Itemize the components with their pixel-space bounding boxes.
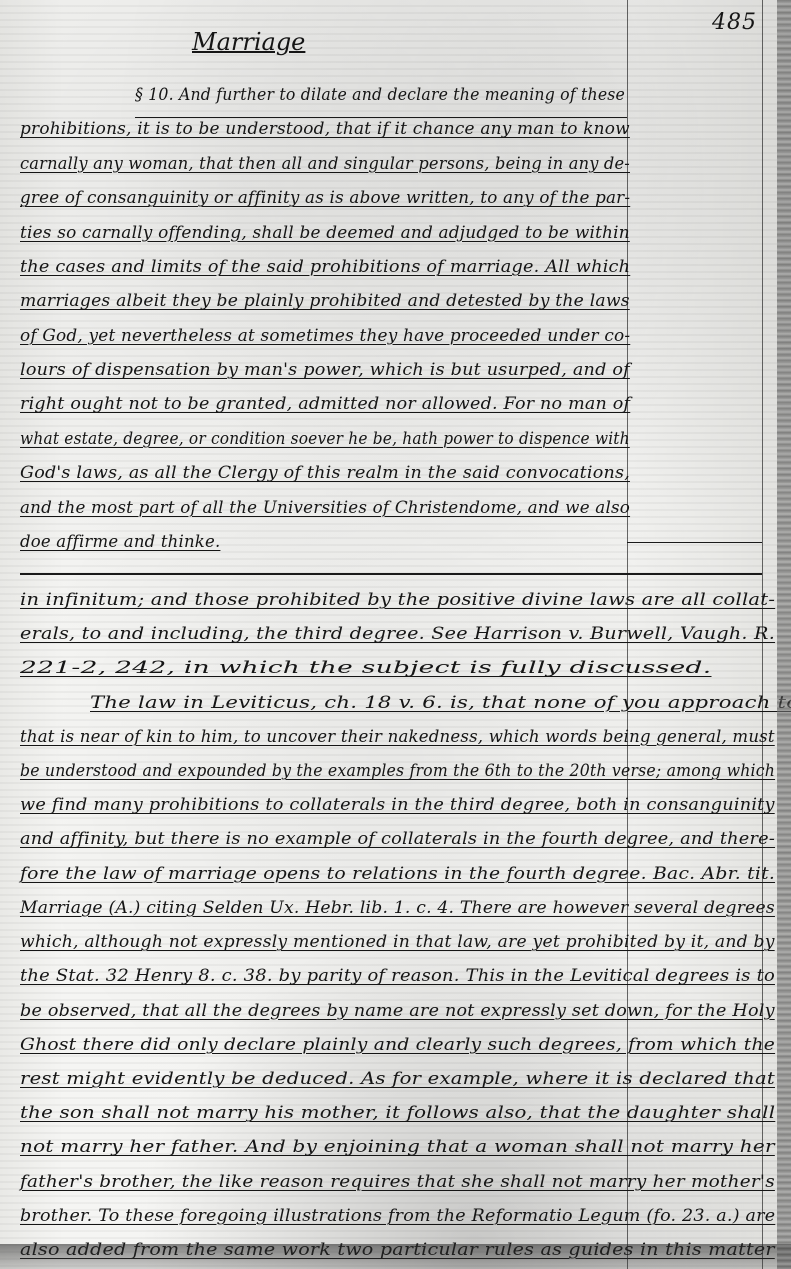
text-line: of God, yet nevertheless at sometimes th… — [20, 326, 630, 345]
text-line: § 10. And further to dilate and declare … — [135, 85, 625, 104]
text-line: fore the law of marriage opens to relati… — [20, 864, 775, 883]
text-line: which, although not expressly mentioned … — [20, 932, 775, 951]
section-divider — [20, 573, 762, 575]
text-line: and affinity, but there is no example of… — [20, 829, 775, 848]
text-line: gree of consanguinity or affinity as is … — [20, 188, 630, 207]
text-line: God's laws, as all the Clergy of this re… — [20, 463, 630, 482]
text-line: that is near of kin to him, to uncover t… — [20, 727, 775, 746]
text-line: erals, to and including, the third degre… — [20, 624, 775, 643]
text-line: carnally any woman, that then all and si… — [20, 154, 630, 173]
text-line: The law in Leviticus, ch. 18 v. 6. is, t… — [90, 693, 791, 712]
text-line: right ought not to be granted, admitted … — [20, 394, 630, 413]
text-line: lours of dispensation by man's power, wh… — [20, 360, 630, 379]
text-line: the cases and limits of the said prohibi… — [20, 257, 630, 276]
text-line: ties so carnally offending, shall be dee… — [20, 223, 630, 242]
text-line: not marry her father. And by enjoining t… — [20, 1137, 775, 1156]
page-number: 485 — [712, 10, 757, 35]
text-line: the Stat. 32 Henry 8. c. 38. by parity o… — [20, 966, 775, 985]
text-line: brother. To these foregoing illustration… — [20, 1206, 775, 1225]
text-line: marriages albeit they be plainly prohibi… — [20, 291, 630, 310]
heading-underline — [135, 117, 627, 118]
text-line: we find many prohibitions to collaterals… — [20, 795, 775, 814]
manuscript-page: 485 Marriage § 10. And further to dilate… — [0, 0, 791, 1269]
text-line: the son shall not marry his mother, it f… — [20, 1103, 775, 1122]
text-line: Marriage (A.) citing Selden Ux. Hebr. li… — [20, 898, 775, 917]
text-line: prohibitions, it is to be understood, th… — [20, 119, 630, 138]
text-line: what estate, degree, or condition soever… — [20, 429, 630, 448]
scan-bottom-edge — [0, 1244, 791, 1269]
text-line: be understood and expounded by the examp… — [20, 761, 775, 780]
text-line: be observed, that all the degrees by nam… — [20, 1001, 775, 1020]
text-line: rest might evidently be deduced. As for … — [20, 1069, 775, 1088]
text-line: 221-2, 242, in which the subject is full… — [20, 658, 775, 677]
margin-divider — [627, 542, 762, 543]
text-line: doe affirme and thinke. — [20, 532, 630, 551]
text-line: father's brother, the like reason requir… — [20, 1172, 775, 1191]
page-title: Marriage — [192, 28, 305, 56]
text-line: Ghost there did only declare plainly and… — [20, 1035, 775, 1054]
text-line: and the most part of all the Universitie… — [20, 498, 630, 517]
scan-right-edge — [777, 0, 791, 1269]
text-line: in infinitum; and those prohibited by th… — [20, 590, 775, 609]
